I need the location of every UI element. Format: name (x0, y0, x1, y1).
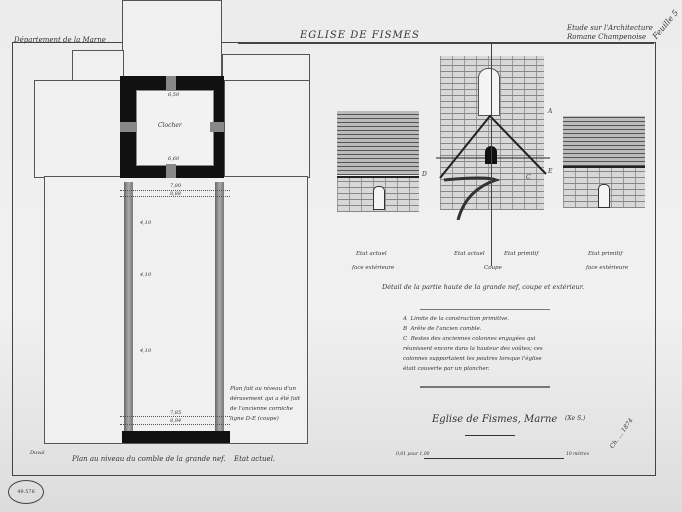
left-window (373, 186, 385, 210)
belfry-opening (478, 68, 500, 116)
tower-opening-bottom (166, 164, 176, 178)
study-line-2: Romane Champenoise (567, 33, 646, 41)
legend-key: A (403, 316, 407, 322)
left-roof (337, 111, 419, 175)
tower-opening-top (166, 76, 176, 90)
footer-mark: Duval (30, 450, 45, 456)
elev3-state: Etat primitif (588, 251, 622, 257)
title-block-sub: (Xe S.) (565, 415, 585, 422)
plan-caption: Plan au niveau du comble de la grande ne… (72, 455, 226, 463)
plan-note-line: Plan fait au niveau d'un (230, 384, 300, 394)
marker-d: D (422, 171, 427, 178)
bay-dim-3: 4,10 (140, 348, 151, 354)
plan-overlay-top (122, 0, 222, 78)
plan-overlay-topright (222, 54, 310, 82)
legend: A Limite de la construction primitive. B… (403, 314, 553, 374)
title-block-title: Eglise de Fismes, Marne (432, 414, 557, 425)
nave-dim-top1: 7,80 (170, 183, 181, 189)
page-title: EGLISE DE FISMES (300, 30, 420, 41)
marker-c: C (526, 174, 531, 181)
study-line-1: Etude sur l'Architecture (567, 24, 653, 32)
elevations-caption: Détail de la partie haute de la grande n… (382, 283, 584, 291)
tower-opening-left (120, 122, 136, 132)
nave-dim-bottom1: 7,85 (170, 410, 181, 416)
nave-end-wall (122, 431, 230, 443)
plan-overlay-right (224, 80, 310, 178)
tower-dim-bottom: 6,60 (168, 156, 179, 162)
legend-key: C (403, 336, 407, 342)
drawing-sheet: Département de la Marne EGLISE DE FISMES… (0, 0, 682, 512)
legend-key: B (403, 326, 407, 332)
legend-item-c: C Restes des anciennes colonnes engagées… (403, 334, 553, 374)
right-window (598, 184, 610, 208)
legend-item-b: B Arête de l'ancien comble. (403, 324, 553, 334)
marker-e: E (548, 168, 552, 175)
gable-section (436, 110, 550, 220)
tower-opening-right (210, 122, 224, 132)
right-roof (563, 116, 645, 166)
nave-wall-left (124, 182, 133, 432)
legend-item-a: A Limite de la construction primitive. (403, 314, 553, 324)
tower-dim-top: 6,50 (168, 92, 179, 98)
plan-note-line: de l'ancienne corniche (230, 404, 300, 414)
legend-text: Restes des anciennes colonnes engagées q… (403, 336, 543, 372)
plan-caption-state: Etat actuel. (234, 455, 275, 463)
plan-note-line: dérasement qui a été fait (230, 394, 300, 404)
nave-wall-right (215, 182, 224, 432)
title-underline (465, 435, 515, 436)
stamp-number: 49.576 (17, 489, 35, 495)
scale-bar (424, 458, 564, 459)
elev2-state: Etat actuel (454, 251, 485, 257)
elev3-view: face extérieure (586, 265, 628, 271)
elev2-state2: Etat primitif (504, 251, 538, 257)
section-axis (491, 44, 492, 266)
legend-rule-bottom (420, 386, 550, 388)
legend-text: Arête de l'ancien comble. (411, 326, 482, 332)
plan-note-line: ligne D-E (coupe) (230, 414, 300, 424)
elev1-state: Etat actuel (356, 251, 387, 257)
dim-line (120, 416, 230, 417)
marker-a: A (548, 108, 552, 115)
scale-left-label: 0,01 pour 1,00 (396, 452, 430, 457)
archive-stamp: 49.576 (8, 480, 44, 504)
sheet-mark: Feuille 5 (651, 8, 680, 41)
plan-note: Plan fait au niveau d'un dérasement qui … (230, 384, 300, 424)
bay-dim-1: 4,10 (140, 220, 151, 226)
elev1-view: face extérieure (352, 265, 394, 271)
tower-label: Clocher (158, 122, 182, 129)
bay-dim-2: 4,10 (140, 272, 151, 278)
legend-text: Limite de la construction primitive. (410, 316, 509, 322)
legend-rule-top (420, 309, 550, 310)
dim-line (120, 424, 230, 425)
nave-dim-top2: 8,88 (170, 191, 181, 197)
nave-dim-bottom2: 8,94 (170, 418, 181, 424)
elev2-view: Coupe (484, 265, 502, 271)
plan-overlay-topleft (72, 50, 124, 82)
plan-overlay-left (34, 80, 122, 178)
scale-right-label: 10 mètres (566, 452, 589, 457)
